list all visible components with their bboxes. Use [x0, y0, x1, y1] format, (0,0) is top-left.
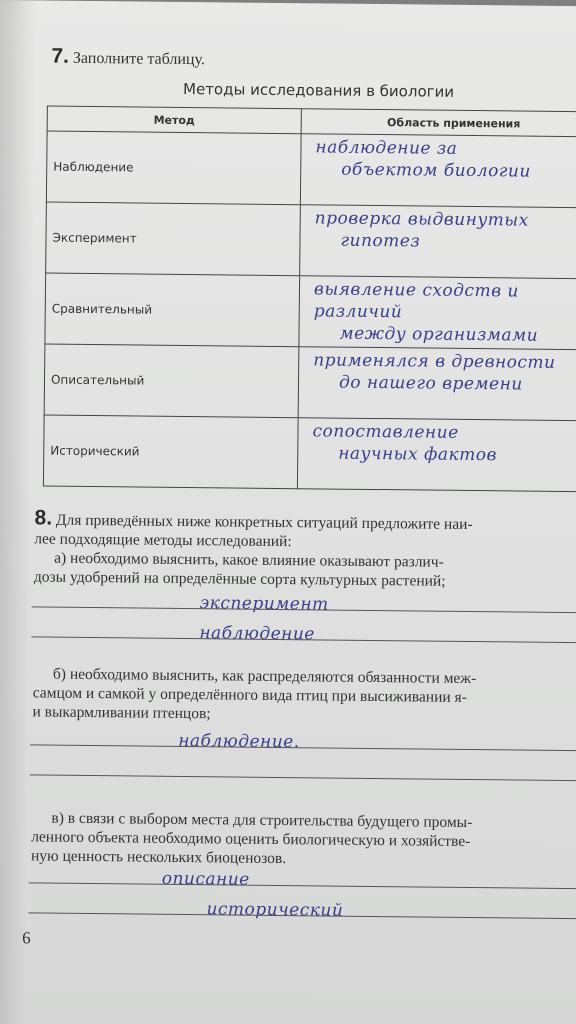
answer-line: описание [162, 868, 250, 891]
handwritten-answer: выявление сходств и различий между орган… [313, 278, 576, 347]
column-header-method: Метод [47, 106, 301, 134]
method-cell: Наблюдение [46, 131, 301, 205]
answer-line: исторический [206, 898, 343, 921]
handwritten-answer: проверка выдвинутых гипотез [314, 207, 576, 254]
area-cell: проверка выдвинутых гипотез [300, 205, 576, 279]
methods-table: Метод Область применения Наблюдение набл… [43, 106, 576, 493]
area-cell: применялся в древности до нашего времени [298, 347, 576, 421]
task7-number: 7. [51, 45, 69, 68]
area-cell: выявление сходств и различий между орган… [299, 276, 576, 350]
column-header-area: Область применения [301, 109, 576, 137]
area-cell: наблюдение за объектом биологии [300, 134, 576, 208]
answer-rule [29, 882, 576, 889]
method-cell: Исторический [43, 415, 298, 489]
handwritten-answer: применялся в древности до нашего времени [313, 349, 576, 396]
task7-instruction: Заполните таблицу. [73, 50, 205, 68]
table-title: Методы исследования в биологии [183, 80, 454, 101]
handwritten-answer: наблюдение за объектом биологии [315, 136, 576, 183]
area-cell: сопоставление научных фактов [297, 418, 576, 492]
answer-line: наблюдение. [178, 730, 300, 753]
task8-item-a: а) необходимо выяснить, какое влияние ок… [34, 548, 576, 592]
answer-rule [30, 744, 576, 751]
task8-item-b: б) необходимо выяснить, как распределяют… [32, 664, 576, 727]
task7-heading: 7. Заполните таблицу. [51, 45, 205, 71]
task8-instruction: 8. Для приведённых ниже конкретных ситуа… [34, 508, 576, 554]
method-cell: Сравнительный [45, 273, 300, 347]
table-row: Эксперимент проверка выдвинутых гипотез [46, 202, 576, 279]
workbook-page: 7. Заполните таблицу. Методы исследовани… [0, 0, 576, 1024]
method-cell: Описательный [44, 344, 299, 418]
handwritten-answer: сопоставление научных фактов [312, 420, 576, 467]
method-cell: Эксперимент [46, 202, 301, 276]
task8-item-c: в) в связи с выбором места для строитель… [31, 808, 576, 871]
table-row: Описательный применялся в древности до н… [44, 344, 576, 421]
table-row: Наблюдение наблюдение за объектом биолог… [46, 131, 576, 208]
task8-number: 8. [34, 506, 52, 529]
table-row: Сравнительный выявление сходств и различ… [45, 273, 576, 350]
page-number: 6 [22, 928, 31, 948]
answer-line: наблюдение [199, 622, 315, 645]
answer-rule [30, 774, 576, 781]
table-row: Исторический сопоставление научных факто… [43, 415, 576, 492]
page-edge-shadow [0, 0, 36, 1024]
answer-line: эксперимент [200, 592, 329, 615]
